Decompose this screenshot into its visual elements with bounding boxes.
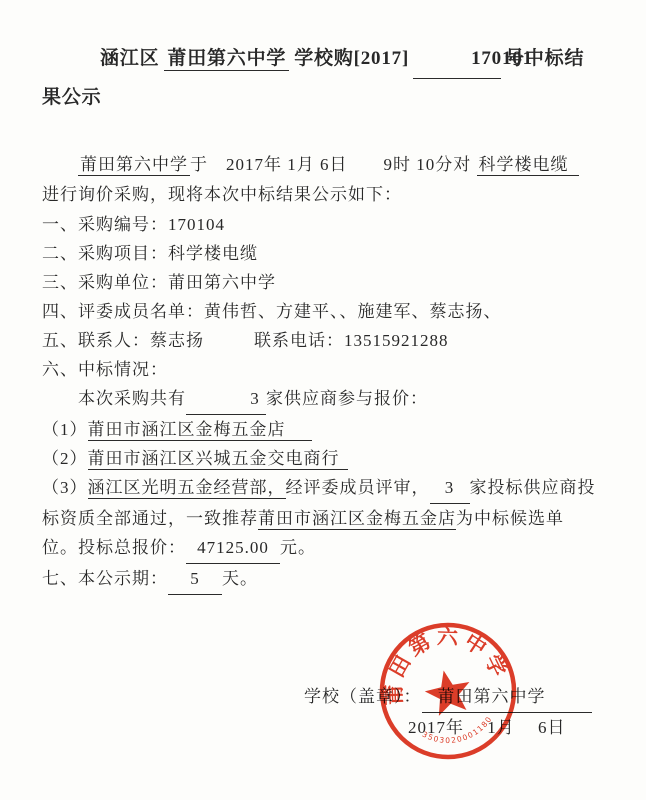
period-suffix: 天。	[222, 569, 258, 588]
supplier-1-name-underlined: 莆田市涵江区金梅五金店	[88, 420, 312, 441]
section6-heading: 六、中标情况：	[42, 355, 602, 384]
result-paragraph: （3）涵江区光明五金经营部，经评委成员评审，3家投标供应商投标资质全部通过，一致…	[42, 473, 602, 564]
title-suffix-line2: 果公示	[42, 87, 101, 108]
count-prefix: 本次采购共有	[78, 389, 186, 408]
result-mid1: 经评委成员评审，	[286, 478, 430, 497]
signature-date: 2017年 1月 6日	[408, 713, 602, 742]
signature-line: 学校（盖章）：莆田第六中学	[304, 682, 602, 713]
supplier-2-name-underlined: 莆田市涵江区兴城五金交电商行	[88, 449, 348, 470]
item-committee-list: 四、评委成员名单：黄伟哲、方建平、、施建军、蔡志扬、	[42, 297, 602, 326]
item-contact: 五、联系人：蔡志扬联系电话：13515921288	[42, 326, 602, 355]
intro-datetime: 于 2017年 1月 6日 9时 10分对	[190, 155, 471, 174]
phone-label: 联系电话：	[254, 331, 344, 350]
signature-label: 学校（盖章）：	[304, 687, 422, 706]
phone-number: 13515921288	[344, 331, 449, 350]
item-value: 莆田第六中学	[168, 273, 276, 292]
supplier-no: （2）	[42, 449, 88, 468]
item-value: 科学楼电缆	[168, 244, 258, 263]
result-mid2b: 标资质全部通过，一致推荐	[42, 509, 258, 528]
item-label: 三、采购单位：	[42, 273, 168, 292]
result-tail: 元。	[280, 538, 316, 557]
item-value: 黄伟哲、方建平、、施建军、蔡志扬、	[204, 302, 502, 321]
section6-heading-text: 六、中标情况：	[42, 360, 168, 379]
notice-title: 涵江区莆田第六中学学校购[2017]170101号中标结果公示	[42, 40, 602, 116]
contact-name: 蔡志扬	[150, 331, 204, 350]
supplier-2-line: （2）莆田市涵江区兴城五金交电商行	[42, 444, 602, 473]
intro-rest: 进行询价采购，现将本次中标结果公示如下：	[42, 185, 402, 204]
item-purchase-number: 一、采购编号：170104	[42, 210, 602, 239]
item-label: 一、采购编号：	[42, 215, 168, 234]
count-suffix: 家供应商参与报价：	[266, 389, 428, 408]
title-code-underlined: 170101	[413, 40, 501, 79]
title-suffix-line1: 号中标结	[505, 48, 584, 69]
period-label: 七、本公示期：	[42, 569, 168, 588]
item-purchase-unit: 三、采购单位：莆田第六中学	[42, 268, 602, 297]
supplier-1-line: （1）莆田市涵江区金梅五金店	[42, 415, 602, 444]
title-middle: 学校购[2017]	[294, 48, 409, 69]
result-mid3b: 位。投标总报价：	[42, 538, 186, 557]
winner-name-underlined: 莆田市涵江区金梅五金店	[258, 509, 456, 530]
supplier-no: （3）	[42, 478, 88, 497]
item-label: 四、评委成员名单：	[42, 302, 204, 321]
supplier-no: （1）	[42, 420, 88, 439]
supplier-3-name-underlined: 涵江区光明五金经营部，	[88, 478, 286, 499]
notice-period-line: 七、本公示期：5天。	[42, 564, 602, 595]
signature-school-underlined: 莆田第六中学	[422, 682, 592, 713]
result-mid2a: 家投标供应商投	[470, 478, 596, 497]
notice-content: 涵江区莆田第六中学学校购[2017]170101号中标结果公示 莆田第六中学于 …	[0, 0, 646, 742]
bidder-count-underlined: 3	[430, 473, 470, 504]
total-price-underlined: 47125.00	[186, 533, 280, 564]
intro-school-underlined: 莆田第六中学	[78, 155, 190, 176]
contact-label: 五、联系人：	[42, 331, 150, 350]
supplier-count-line: 本次采购共有3家供应商参与报价：	[42, 384, 602, 415]
intro-project-underlined: 科学楼电缆	[477, 155, 579, 176]
title-prefix: 涵江区	[100, 48, 159, 69]
scanned-notice-page: 涵江区莆田第六中学学校购[2017]170101号中标结果公示 莆田第六中学于 …	[0, 0, 646, 800]
intro-paragraph: 莆田第六中学于 2017年 1月 6日 9时 10分对 科学楼电缆进行询价采购，…	[42, 150, 602, 210]
period-days-underlined: 5	[168, 564, 222, 595]
title-school-underlined: 莆田第六中学	[164, 48, 289, 71]
item-purchase-project: 二、采购项目：科学楼电缆	[42, 239, 602, 268]
result-mid3a: 为中标候选单	[456, 509, 564, 528]
item-value: 170104	[168, 215, 225, 234]
supplier-count-underlined: 3	[186, 384, 266, 415]
item-label: 二、采购项目：	[42, 244, 168, 263]
